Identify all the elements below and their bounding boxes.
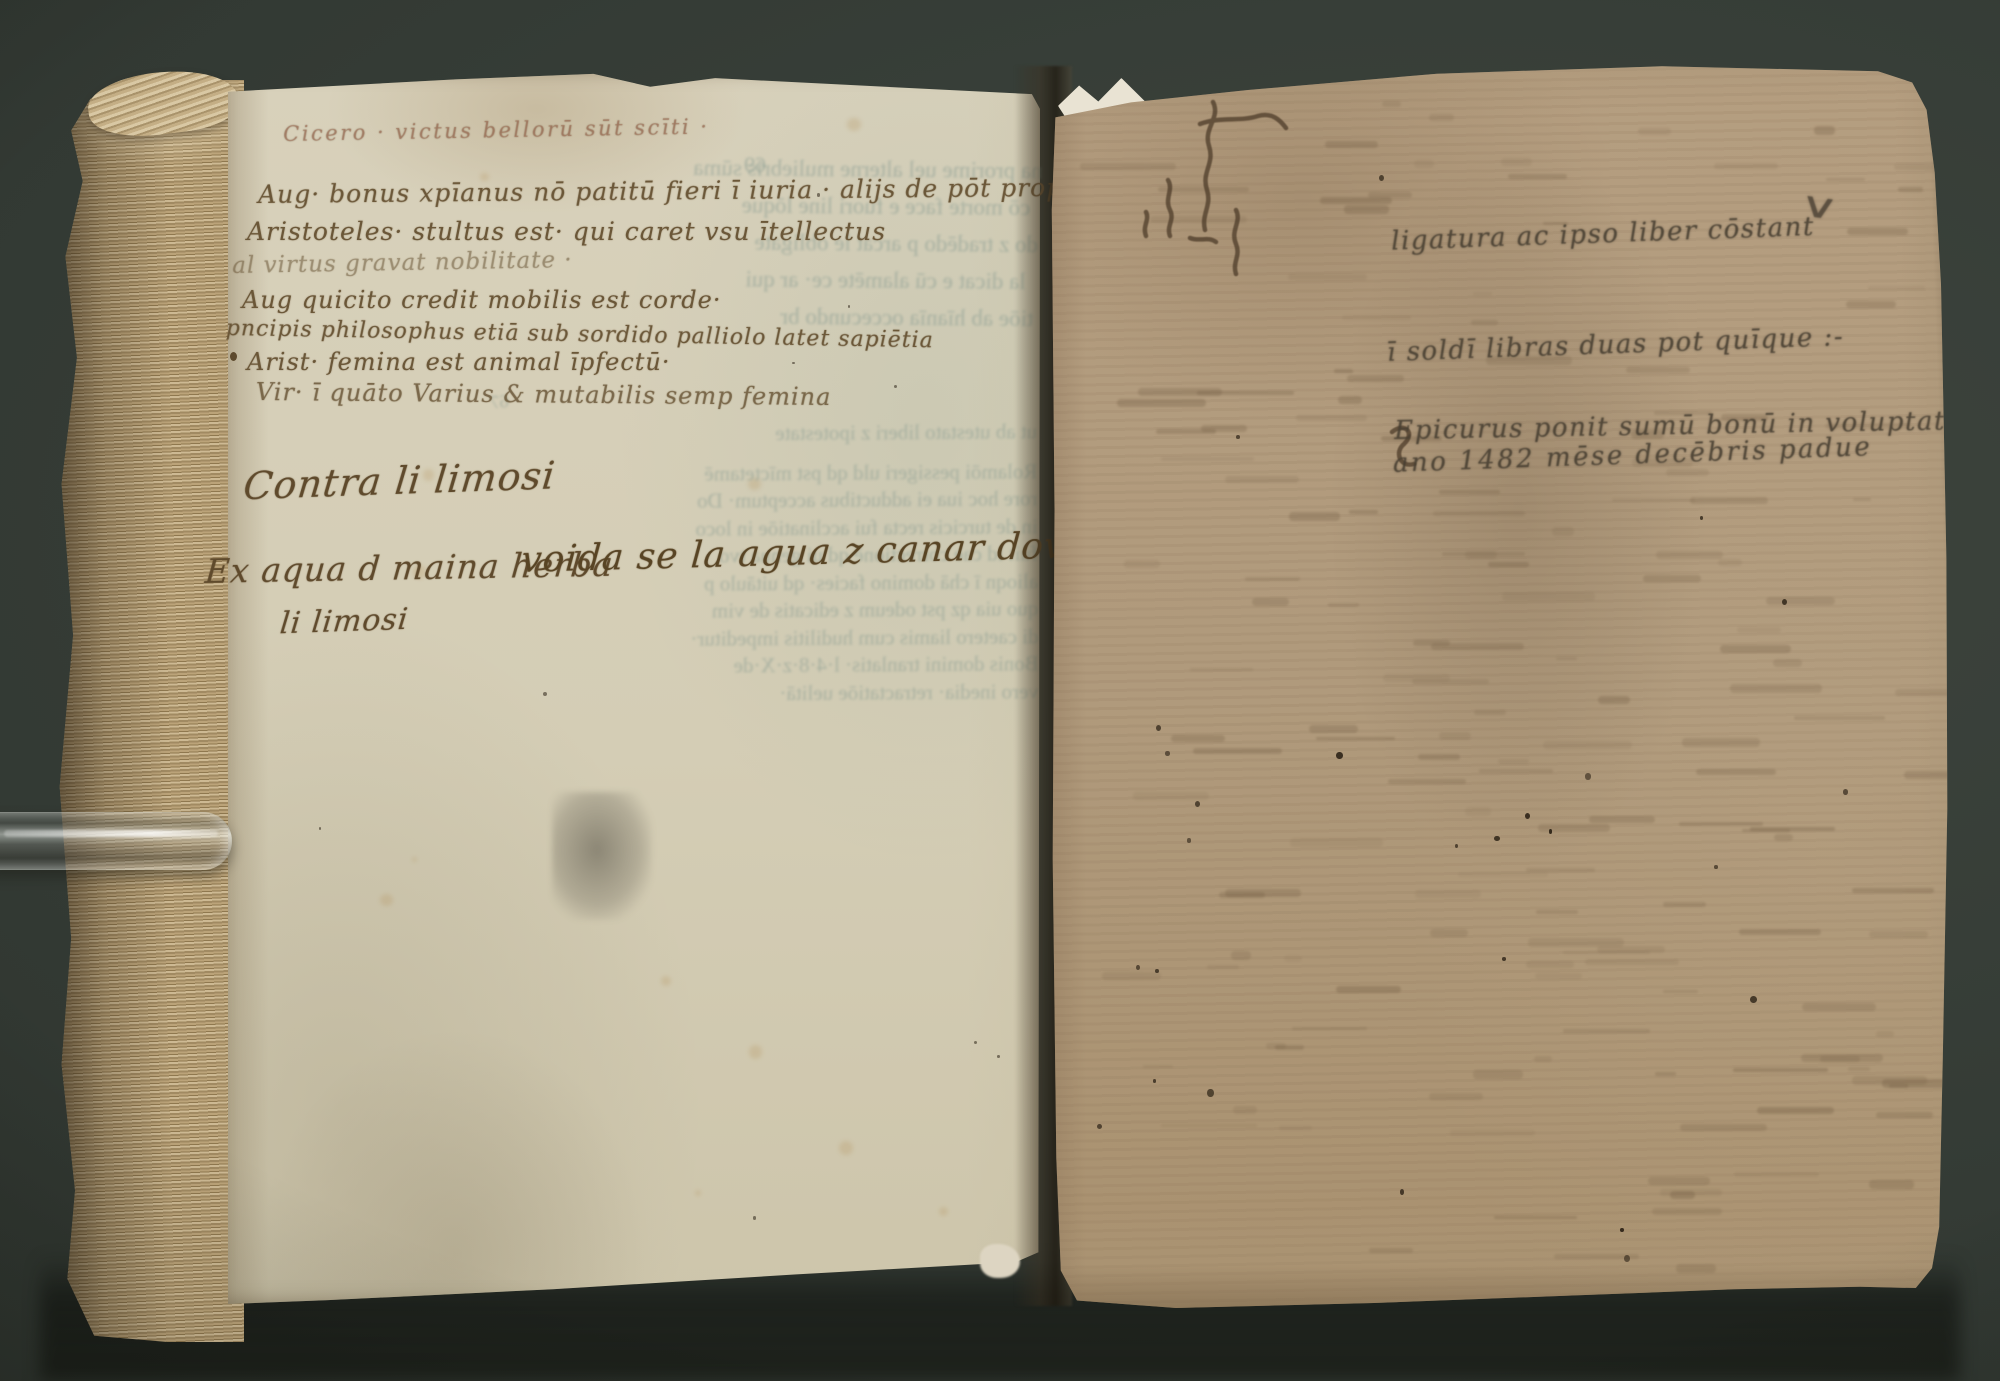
showthrough-line: ut ab utestato liberi z ipotestate bbox=[547, 418, 1037, 449]
showthrough-line: rore hoc iua ei adductibus acceptum· Do bbox=[547, 485, 1037, 516]
note-footer: li limosi bbox=[278, 602, 410, 642]
wormhole-dot bbox=[1585, 773, 1591, 779]
wormhole-dot bbox=[1502, 957, 1506, 961]
wormhole-dot bbox=[1136, 965, 1140, 971]
showthrough-line: Bonis domini tranlatis· l·4·8·z·X·de bbox=[549, 650, 1039, 681]
text-block-fore-edge bbox=[52, 80, 244, 1342]
showthrough-line: Rolamōi pessigeri uld qd pst mīctetamē bbox=[547, 458, 1037, 489]
showthrough-line: quo uia qz pst odeum z edicatis de vim bbox=[548, 595, 1038, 626]
wormhole-dot bbox=[1455, 844, 1458, 848]
wormhole-dot bbox=[1843, 789, 1848, 794]
page-ink-speck bbox=[543, 692, 547, 696]
page-ink-speck bbox=[319, 827, 322, 830]
foxing-stain bbox=[749, 1045, 762, 1058]
wormhole-dot bbox=[1525, 813, 1530, 819]
showthrough-line: vero inedia· retractatiōe uelitā· bbox=[549, 678, 1039, 709]
board-inscription-line: ī soldī libras duas pot quīque :- bbox=[1386, 318, 1869, 372]
wormhole-dot bbox=[1207, 1089, 1214, 1098]
photo-backdrop: na prorime uel alterne muliebris sūmacō … bbox=[0, 0, 2000, 1381]
foxing-stain bbox=[695, 1190, 701, 1196]
wormhole-dot bbox=[1156, 725, 1161, 731]
wormhole-dot bbox=[1236, 435, 1240, 439]
wormhole-dot bbox=[1549, 829, 1552, 834]
page-ink-speck bbox=[997, 1055, 1000, 1058]
wormhole-dot bbox=[1155, 969, 1159, 973]
wormhole-dot bbox=[1494, 836, 1500, 842]
foxing-stain bbox=[847, 118, 860, 131]
wormhole-dot bbox=[1187, 838, 1191, 842]
foxing-stain bbox=[412, 857, 417, 862]
board-inscription-line: ligatura ac ipso liber cōstant bbox=[1391, 207, 1866, 261]
showthrough-folio-number: 69 bbox=[744, 152, 766, 178]
annotation-line: Aristoteles· stultus est· qui caret vsu … bbox=[247, 217, 886, 246]
back-board: ligatura ac ipso liber cōstant ī soldī l… bbox=[1050, 60, 1950, 1308]
page-ink-speck bbox=[974, 1041, 978, 1045]
page-ink-speck bbox=[753, 1216, 757, 1220]
inventory-checkmark: ∨ bbox=[1796, 184, 1843, 229]
wormhole-dot bbox=[1400, 1189, 1405, 1195]
showthrough-line: di caetero liamis cum hudilitis impeditu… bbox=[548, 623, 1038, 654]
wormhole-dot bbox=[1165, 751, 1169, 756]
glass-rod-highlight bbox=[4, 830, 218, 837]
smudge-stain bbox=[552, 792, 652, 920]
foxing-stain bbox=[939, 1207, 949, 1217]
annotation-line: Arist· femina est animal īpfectū· bbox=[247, 348, 671, 376]
foxing-stain bbox=[661, 976, 671, 986]
wormhole-dot bbox=[1097, 1124, 1102, 1129]
wormhole-dot bbox=[1195, 801, 1201, 807]
foxing-stain bbox=[380, 894, 392, 906]
wormhole-dot bbox=[1714, 865, 1719, 869]
foxing-stain bbox=[839, 1141, 853, 1155]
endpaper-fragment-bottom bbox=[980, 1244, 1020, 1278]
wormhole-dot bbox=[1782, 599, 1787, 605]
page-ink-speck bbox=[792, 362, 795, 365]
glass-rod-page-weight bbox=[0, 812, 232, 870]
ink-bullet-dot bbox=[230, 352, 237, 361]
annotation-line: Vir· ī quāto Varius & mutabilis semp fem… bbox=[256, 378, 832, 411]
wormhole-dot bbox=[1620, 1228, 1624, 1232]
page-ink-speck bbox=[894, 385, 897, 388]
wormhole-dot bbox=[1750, 996, 1757, 1003]
wormhole-dot bbox=[1153, 1079, 1156, 1082]
wormhole-dot bbox=[1336, 752, 1342, 758]
annotation-line: Aug quicito credit mobilis est corde· bbox=[242, 286, 721, 314]
wormhole-dot bbox=[1624, 1255, 1630, 1262]
